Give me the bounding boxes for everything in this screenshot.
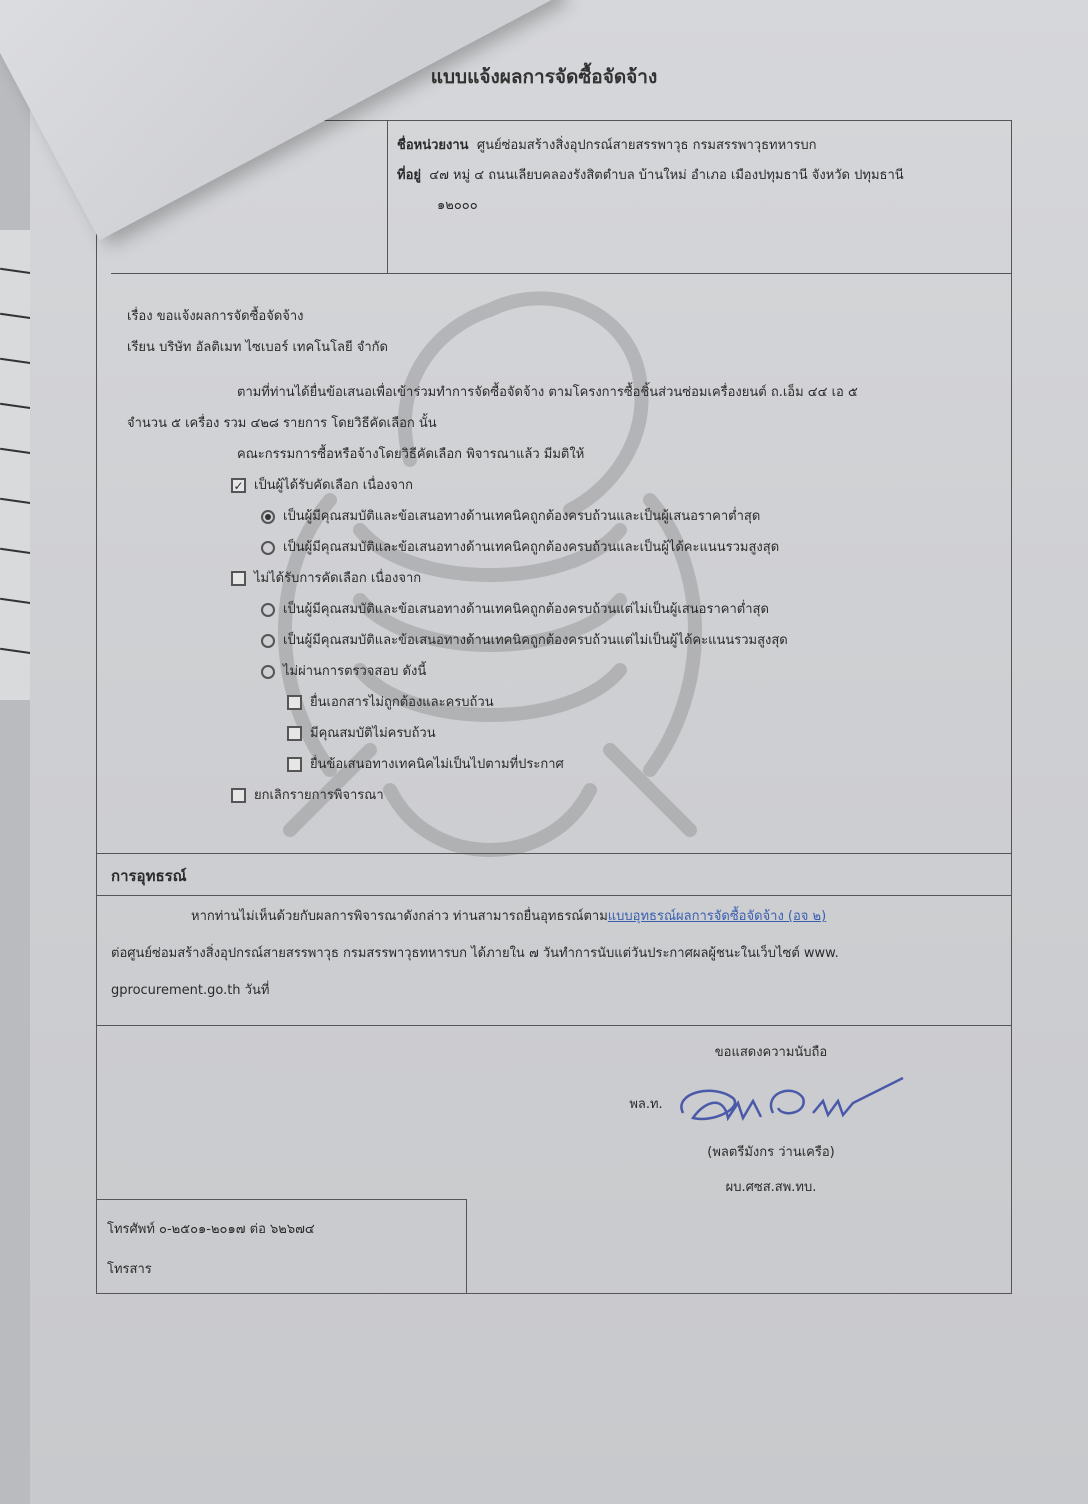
option-label: ไม่ได้รับการคัดเลือก เนื่องจาก — [254, 563, 421, 594]
result-option: เป็นผู้มีคุณสมบัติและข้อเสนอทางด้านเทคนิ… — [127, 594, 981, 625]
agency-label: ชื่อหน่วยงาน — [397, 138, 469, 153]
option-label: ยื่นเอกสารไม่ถูกต้องและครบถ้วน — [310, 687, 494, 718]
appeal-text-1: หากท่านไม่เห็นด้วยกับผลการพิจารณาดังกล่า… — [191, 909, 608, 924]
option-label: เป็นผู้มีคุณสมบัติและข้อเสนอทางด้านเทคนิ… — [283, 501, 760, 532]
subject-value: ขอแจ้งผลการจัดซื้อจัดจ้าง — [157, 309, 304, 324]
option-label: มีคุณสมบัติไม่ครบถ้วน — [310, 718, 436, 749]
option-label: เป็นผู้มีคุณสมบัติและข้อเสนอทางด้านเทคนิ… — [283, 594, 769, 625]
closing: ขอแสดงความนับถือ — [591, 1033, 951, 1073]
postal-code: ๑๒๐๐๐ — [437, 198, 478, 213]
radio-selected-icon[interactable] — [261, 510, 275, 524]
option-label: ยกเลิกรายการพิจารณา — [254, 780, 384, 811]
committee-statement: คณะกรรมการซื้อหรือจ้างโดยวิธีคัดเลือก พิ… — [127, 439, 981, 470]
appeal-form-link[interactable]: แบบอุทธรณ์ผลการจัดซื้อจัดจ้าง (อจ ๒) — [608, 909, 826, 924]
paragraph-intro: ตามที่ท่านได้ยื่นข้อเสนอเพื่อเข้าร่วมทำก… — [127, 377, 981, 408]
radio-empty-icon[interactable] — [261, 603, 275, 617]
divider — [97, 1025, 1011, 1026]
subject-label: เรื่อง — [127, 309, 153, 324]
radio-empty-icon[interactable] — [261, 634, 275, 648]
contact-box: โทรศัพท์ ๐-๒๕๐๑-๒๐๑๗ ต่อ ๖๒๖๗๔ โทรสาร — [97, 1199, 467, 1293]
option-label: เป็นผู้มีคุณสมบัติและข้อเสนอทางด้านเทคนิ… — [283, 625, 788, 656]
appeal-text-2: ต่อศูนย์ซ่อมสร้างสิ่งอุปกรณ์สายสรรพาวุธ … — [111, 935, 997, 972]
signature-block: ขอแสดงความนับถือ พล.ท. (พลตรีมังกร ว่านเ… — [591, 1033, 951, 1203]
checkbox-checked-icon[interactable]: ✓ — [231, 478, 246, 493]
option-label: เป็นผู้ได้รับคัดเลือก เนื่องจาก — [254, 470, 413, 501]
result-option: เป็นผู้มีคุณสมบัติและข้อเสนอทางด้านเทคนิ… — [127, 501, 981, 532]
fax-label: โทรสาร — [107, 1250, 456, 1290]
result-option: ยื่นข้อเสนอทางเทคนิคไม่เป็นไปตามที่ประกา… — [127, 749, 981, 780]
address-label: ที่อยู่ — [397, 168, 421, 183]
address-value: ๔๗ หมู่ ๔ ถนนเลียบคลองรังสิตตำบล บ้านใหม… — [429, 168, 903, 183]
appeal-section: หากท่านไม่เห็นด้วยกับผลการพิจารณาดังกล่า… — [97, 895, 1011, 1025]
signer-name: (พลตรีมังกร ว่านเครือ) — [591, 1133, 951, 1173]
agency-value: ศูนย์ซ่อมสร้างสิ่งอุปกรณ์สายสรรพาวุธ กรม… — [477, 138, 817, 153]
option-label: ไม่ผ่านการตรวจสอบ ดังนี้ — [283, 656, 426, 687]
result-option: เป็นผู้มีคุณสมบัติและข้อเสนอทางด้านเทคนิ… — [127, 532, 981, 563]
result-option: ยกเลิกรายการพิจารณา — [127, 780, 981, 811]
appeal-heading: การอุทธรณ์ — [97, 853, 1011, 895]
signer-rank: พล.ท. — [629, 1093, 662, 1114]
to-label: เรียน — [127, 340, 155, 355]
checkbox-empty-icon[interactable] — [231, 788, 246, 803]
result-option: ✓เป็นผู้ได้รับคัดเลือก เนื่องจาก — [127, 470, 981, 501]
signer-position: ผบ.ศซส.สพ.ทบ. — [591, 1173, 951, 1203]
paragraph-intro-cont: จำนวน ๕ เครื่อง รวม ๔๒๘ รายการ โดยวิธีคั… — [127, 408, 981, 439]
result-option: มีคุณสมบัติไม่ครบถ้วน — [127, 718, 981, 749]
result-options: ✓เป็นผู้ได้รับคัดเลือก เนื่องจากเป็นผู้ม… — [127, 470, 981, 811]
result-option: ไม่ผ่านการตรวจสอบ ดังนี้ — [127, 656, 981, 687]
radio-empty-icon[interactable] — [261, 541, 275, 555]
agency-cell: ชื่อหน่วยงาน ศูนย์ซ่อมสร้างสิ่งอุปกรณ์สา… — [389, 121, 1011, 273]
radio-empty-icon[interactable] — [261, 665, 275, 679]
notification-form: วันที่ ชื่อหน่วยงาน ศูนย์ซ่อมสร้างสิ่งอุ… — [96, 120, 1012, 1294]
handwritten-signature — [673, 1073, 913, 1133]
result-option: ไม่ได้รับการคัดเลือก เนื่องจาก — [127, 563, 981, 594]
appeal-text-3: gprocurement.go.th วันที่ — [111, 972, 997, 1009]
result-option: ยื่นเอกสารไม่ถูกต้องและครบถ้วน — [127, 687, 981, 718]
recipient-value: บริษัท อัลติเมท ไซเบอร์ เทคโนโลยี จำกัด — [159, 340, 388, 355]
phone-number: โทรศัพท์ ๐-๒๕๐๑-๒๐๑๗ ต่อ ๖๒๖๗๔ — [107, 1210, 456, 1250]
checkbox-empty-icon[interactable] — [287, 695, 302, 710]
result-option: เป็นผู้มีคุณสมบัติและข้อเสนอทางด้านเทคนิ… — [127, 625, 981, 656]
checkbox-empty-icon[interactable] — [231, 571, 246, 586]
option-label: เป็นผู้มีคุณสมบัติและข้อเสนอทางด้านเทคนิ… — [283, 532, 779, 563]
checkbox-empty-icon[interactable] — [287, 757, 302, 772]
option-label: ยื่นข้อเสนอทางเทคนิคไม่เป็นไปตามที่ประกา… — [310, 749, 564, 780]
checkbox-empty-icon[interactable] — [287, 726, 302, 741]
form-body: เรื่อง ขอแจ้งผลการจัดซื้อจัดจ้าง เรียน บ… — [127, 301, 981, 811]
